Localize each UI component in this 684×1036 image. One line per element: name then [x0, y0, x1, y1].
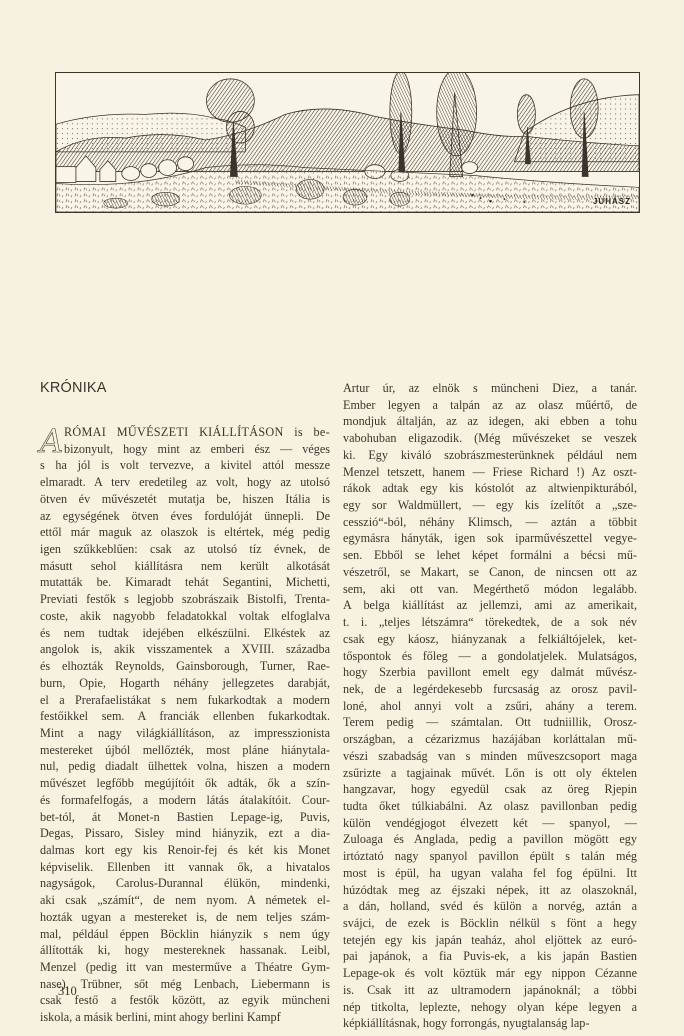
landscape-drawing-icon	[56, 73, 639, 212]
text-line: Menzel (pedig itt van mesterműve a Théat…	[40, 959, 330, 976]
landscape-illustration: JUHÁSZ	[55, 72, 640, 213]
text-line: loné, ahol annyi volt a zsűri, ahány a t…	[343, 698, 637, 715]
text-line: másutt sehol kiállításra nem került alko…	[40, 558, 330, 575]
text-line: az egységének ötven éves fordulóját ünne…	[40, 508, 330, 525]
section-title: KRÓNIKA	[40, 380, 107, 396]
text-line: a dán, holland, svéd és külön a norvég, …	[343, 898, 637, 915]
text-line: Previati festők s legjobb szobrászaik Bi…	[40, 591, 330, 608]
right-column: Artur úr, az elnök s müncheni Diez, a ta…	[343, 380, 637, 1032]
text-line: tetején egy kis japán teaház, ahol eljöt…	[343, 932, 637, 949]
text-line: Mint a nagy világkiállításon, az impress…	[40, 725, 330, 742]
text-line: mutatták be. Kimaradt tehát Segantini, M…	[40, 574, 330, 591]
text-line: mondjuk általján, az az idegen, aki ebbe…	[343, 413, 637, 430]
text-line: Degas, Pissaro, Sisley mind hiányzik, ez…	[40, 825, 330, 842]
text-line: Menzel tetszett, hanem — Friese Richard …	[343, 464, 637, 481]
text-line: és nem tudtak idejében elkészülni. Elkés…	[40, 625, 330, 642]
page-number: 310	[58, 984, 77, 999]
text-line: svájci, de ezek is Böcklin nélkül s fönt…	[343, 915, 637, 932]
text-line: RÓMAI MŰVÉSZETI KIÁLLÍTÁSON is be-	[64, 424, 330, 441]
text-line: nép titkolta, leplezte, nehogy olyan kép…	[343, 999, 637, 1016]
left-column: A RÓMAI MŰVÉSZETI KIÁLLÍTÁSON is be-bizo…	[40, 424, 330, 1026]
text-line: ötven év művészetét mutatja be, hiszen I…	[40, 491, 330, 508]
text-line: angolok is, akik visszamentek a XVIII. s…	[40, 641, 330, 658]
text-line: vabohuban eligazodik. (Még művészeket se…	[343, 430, 637, 447]
book-page: JUHÁSZ KRÓNIKA A RÓMAI MŰVÉSZETI KIÁLLÍT…	[0, 0, 684, 1036]
text-line: nagyságok, Carolus-Durannal élükön, mind…	[40, 875, 330, 892]
text-line: egymásra hányták, igen sok iparművészett…	[343, 530, 637, 547]
text-line: tőspontok és főleg — a gondolatjelek. Mu…	[343, 648, 637, 665]
text-line: A belga kiállítást az jellemzi, ami az a…	[343, 597, 637, 614]
text-line: nek, de a legérdekesebb furcsaság az oro…	[343, 681, 637, 698]
text-line: Artur úr, az elnök s müncheni Diez, a ta…	[343, 380, 637, 397]
text-line: mal, például éppen Böcklin hiányzik s ne…	[40, 926, 330, 943]
text-line: el a Prerafaelistákat s nem fukarkodtak …	[40, 692, 330, 709]
text-line: s ha jól is volt tervezve, a kivitel att…	[40, 457, 330, 474]
text-line: hozták ugyan a mestereket is, de nem tel…	[40, 909, 330, 926]
text-line: rákok adtak egy kis kóstolót az altwienp…	[343, 480, 637, 497]
text-line: és formafelfogás, a modern látás átalakí…	[40, 792, 330, 809]
text-line: pai japánok, a fia Puvis-ek, a kis japán…	[343, 948, 637, 965]
text-line: burn, Opie, Hogarth néhány jellegzetes d…	[40, 675, 330, 692]
text-line: Zuloaga és Anglada, pedig a pavillon mög…	[343, 831, 637, 848]
text-line: zsűrizte a tagjainak művét. Lőn is ott o…	[343, 765, 637, 782]
text-line: most is épül, ha ugyan valaha fel fog ép…	[343, 865, 637, 882]
text-line: külön vendégjogot élvezett két — spanyol…	[343, 815, 637, 832]
text-line: csak festő a festők között, az egyik mün…	[40, 992, 330, 1009]
text-line: dalmas kort egy kis Renoir-fej és két ki…	[40, 842, 330, 859]
text-line: Lepage-ok és volt köztük már egy nippon …	[343, 965, 637, 982]
text-line: húzódtak meg az éjszaki népek, itt az ol…	[343, 882, 637, 899]
text-line: elmaradt. A terv eredetileg az volt, hog…	[40, 474, 330, 491]
text-line: nase), Trübner, sőt még Lenbach, Lieberm…	[40, 976, 330, 993]
text-line: képviselik. Ellenben itt vannak ők, a hi…	[40, 859, 330, 876]
text-line: állították ki, hogy mestereknek hassanak…	[40, 942, 330, 959]
text-line: vészi szabadság van s minden műveszcsopo…	[343, 748, 637, 765]
text-line: mestereket újból mellőzték, most pláne h…	[40, 742, 330, 759]
text-line: országban, a cézarizmus hazájában korlát…	[343, 731, 637, 748]
text-line: t. i. „teljes létszámra“ törekedtek, de …	[343, 614, 637, 631]
text-line: irtóztató nagy spanyol pavillon épült s …	[343, 848, 637, 865]
text-line: tudta őket túlkiabálni. Az olasz pavillo…	[343, 798, 637, 815]
text-line: coste, akik nagyobb feladatokkal voltak …	[40, 608, 330, 625]
text-line: Terem pedig — számtalan. Ott tudniillik,…	[343, 714, 637, 731]
text-line: csak egy káosz, hiányzanak a felkiáltóje…	[343, 631, 637, 648]
artist-signature: JUHÁSZ	[593, 197, 631, 206]
text-line: bet-tól, át Monet-n Bastien Lepage-ig, P…	[40, 809, 330, 826]
text-line: ki. Egy kiváló szobrászmesterünknek péld…	[343, 447, 637, 464]
text-line: egy sor Waldmüllert, — egy kis ízelítőt …	[343, 497, 637, 514]
text-line: aki csak „számít“, de nem nyom. A némete…	[40, 892, 330, 909]
text-line: vészetről, se Makart, se Canon, de nincs…	[343, 564, 637, 581]
text-line: sem, aki ott van. Megérthető módon legal…	[343, 581, 637, 598]
text-line: képkiállításnak, hogy forrongás, nyugtal…	[343, 1015, 637, 1032]
text-line: cesszió“-ból, néhány Klimsch, — aztán a …	[343, 514, 637, 531]
text-line: hangzavar, hogy egyedül csak az öreg Rje…	[343, 781, 637, 798]
text-line: ettől már maguk az olaszok is eltértek, …	[40, 524, 330, 541]
text-line: bizonyult, hogy mint az emberi ész — vég…	[64, 441, 330, 458]
text-line: festőikkel sem. A franciák ellenben fuka…	[40, 708, 330, 725]
text-line: Ember legyen a talpán az az olasz műértő…	[343, 397, 637, 414]
text-line: és elhozták Reynolds, Gainsborough, Turn…	[40, 658, 330, 675]
text-line: sen. Ebből se lehet képet formálni a béc…	[343, 547, 637, 564]
text-line: iskola, a másik berlini, mint ahogy berl…	[40, 1009, 330, 1026]
text-line: is. Csak itt az ultramodern japánoknál; …	[343, 982, 637, 999]
dropcap-letter: A	[40, 426, 60, 456]
text-line: nul, pedig diadalt ülhettek volna, hisze…	[40, 758, 330, 775]
text-line: igen szűkkeblűen: csak az utolsó tíz évn…	[40, 541, 330, 558]
text-line: művészet legfőbb megújítóit ők adták, ők…	[40, 775, 330, 792]
text-line: hogy Szerbia pavillont emelt egy dalmát …	[343, 664, 637, 681]
